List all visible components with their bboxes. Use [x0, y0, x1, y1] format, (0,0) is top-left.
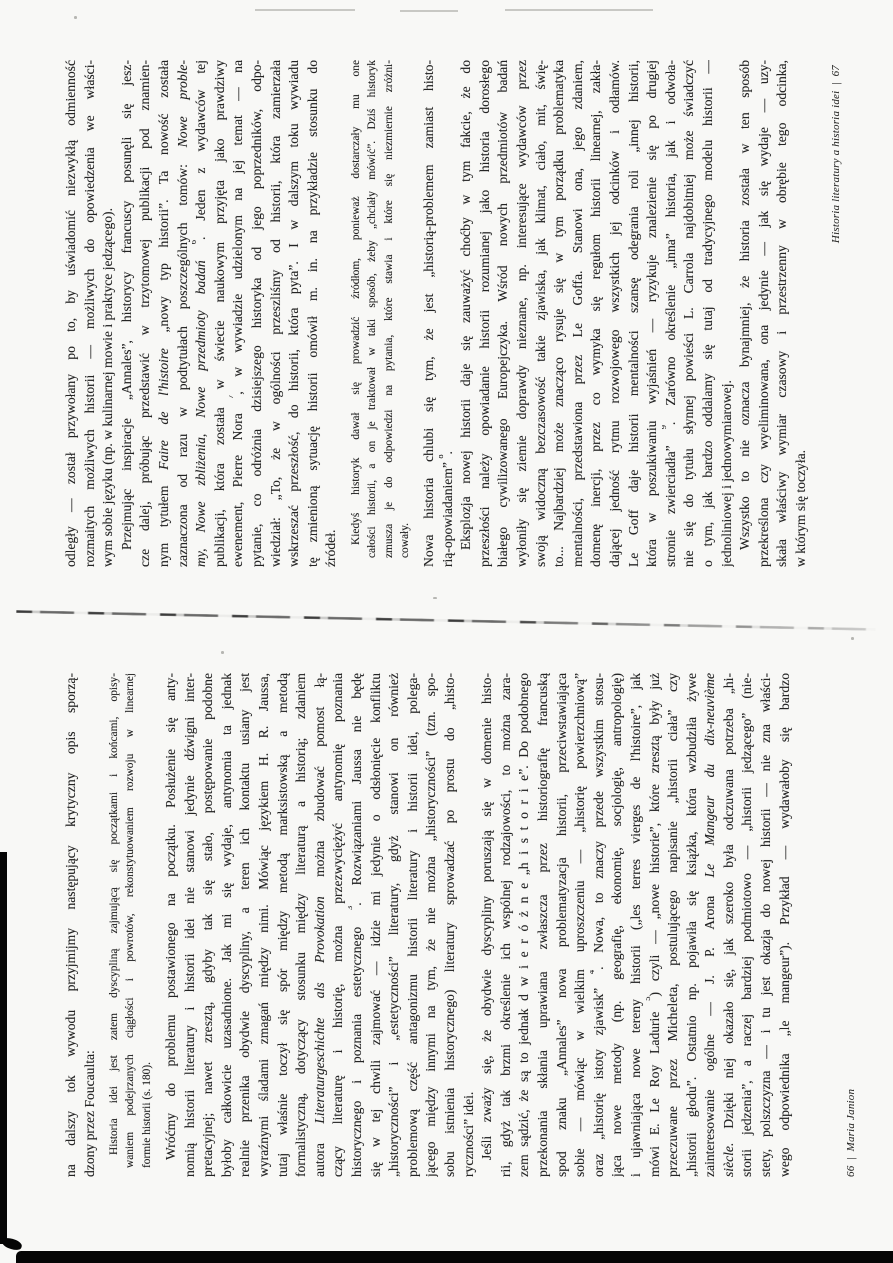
- text-segment: to... Najbardziej może znacząco rysuje s…: [551, 60, 566, 567]
- text-line: realnie przenika obydwie dyscypliny, a t…: [236, 673, 255, 1177]
- text-segment: zainteresowanie ogólne — J. P. Arona: [702, 877, 717, 1177]
- text-line: zaznaczona od razu w podtytułach poszcze…: [174, 60, 193, 567]
- scan-artifact-bottom-bar: [16, 1251, 893, 1263]
- text-segment: Historia literatury a historia idei: [830, 91, 842, 243]
- text-line: się w tej chwili zajmować — idzie mi jed…: [367, 673, 386, 1177]
- text-segment: Historia idei jest zatem dyscypliną zajm…: [108, 673, 120, 1155]
- dust-speck: [74, 16, 77, 19]
- text-line: wym sobie języku (np. w kulinarnej mowie…: [99, 60, 118, 567]
- text-line: mentalności, przedstawiona przez Le Goff…: [569, 60, 588, 567]
- text-segment: Eksplozja nowej historii daje się zauważ…: [458, 60, 473, 550]
- text-segment: wiedział: „To, że w ogólności przeszliśm…: [268, 60, 283, 567]
- text-line: przekonania skłania uprawiana zwłaszcza …: [534, 673, 553, 1177]
- text-segment: . Jeden z wydawców tej: [193, 60, 208, 240]
- text-line: o tym, jak bardzo oddalamy się tutaj od …: [699, 60, 718, 567]
- text-segment: siècle.: [721, 1143, 736, 1177]
- footnote-ref: 5: [646, 997, 652, 1001]
- text-segment: cowały.: [399, 523, 411, 558]
- text-line: oraz „historię istoty zjawisk” 4. Nowa, …: [590, 673, 609, 1177]
- text-segment: wego odpowiednika „le mangeur”). Przykła…: [777, 673, 792, 1177]
- text-segment: tutaj właśnie toczył się spór między met…: [275, 673, 290, 1177]
- text-segment: . Zarówno określenie „inna” historia, ja…: [663, 60, 678, 425]
- text-line: Jeśli zważy się, że obydwie dyscypliny p…: [478, 673, 497, 1177]
- paragraph: Wszystko to nie oznacza bynajmniej, że h…: [736, 60, 810, 567]
- footnote-ref: 6: [192, 240, 198, 244]
- text-line: jednoliniowej i jednowymiarowej.: [718, 60, 737, 567]
- text-segment: problemową część antagonizmu historii li…: [405, 673, 420, 1177]
- text-segment: 67: [830, 65, 842, 76]
- text-segment: dzony przez Foucaulta:: [82, 1050, 97, 1177]
- scan-page-67: odległy — został przywołany po to, by uś…: [0, 0, 893, 632]
- text-line: waniem podejrzanych ciągłości i powrotów…: [122, 673, 138, 1168]
- dust-speck: [433, 597, 437, 599]
- text-line: Kiedyś historyk dawał się prowadzić źród…: [348, 60, 364, 558]
- text-line: zainteresowanie ogólne — J. P. Arona Le …: [701, 673, 720, 1177]
- footnote-ref: 4: [590, 970, 596, 974]
- text-line: byłoby całkowicie uzasadnione. Jak mi si…: [218, 673, 237, 1177]
- text-line: cze dalej, próbując przedstawić w trzyto…: [136, 60, 155, 567]
- text-line: Le Goff daje historii mentalności szansę…: [625, 60, 644, 567]
- text-segment: przeczuwane przez Micheleta, postulujące…: [665, 673, 680, 1177]
- text-line: Nowa historia chlubi się tym, że jest „h…: [420, 60, 439, 567]
- dust-speck: [851, 637, 854, 640]
- text-segment: skała właściwy wymiar czasowy i przestrz…: [774, 60, 789, 567]
- text-line: „historii głodu”. Ostatnio np. pojawiła …: [683, 673, 702, 1177]
- text-line: siècle. Dzięki niej okazało się, jak sze…: [720, 673, 739, 1177]
- text-line: białego cywilizowanego Europejczyka. Wśr…: [494, 60, 513, 567]
- text-line: ryczności” idei.: [460, 673, 479, 1177]
- text-segment: całości historii, a on je traktował w ta…: [366, 60, 378, 558]
- text-segment: „historyczności” i „estetyczności” liter…: [386, 673, 401, 1177]
- text-line: nomią historii literatury i historii ide…: [181, 673, 200, 1177]
- text-segment: Kiedyś historyk dawał się prowadzić źród…: [350, 60, 362, 545]
- block-quote: Kiedyś historyk dawał się prowadzić źród…: [348, 60, 413, 558]
- text-line: pytanie, co odróżnia dzisiejszego histor…: [248, 60, 267, 567]
- page-66-body: na dalszy tok wywodu przyjmijmy następuj…: [62, 673, 794, 1177]
- text-line: formie historii (s. 180).: [139, 673, 155, 1168]
- scan-noise-top-edge: [400, 10, 458, 12]
- text-segment: realnie przenika obydwie dyscypliny, a t…: [237, 673, 252, 1177]
- text-segment: pytanie, co odróżnia dzisiejszego histor…: [249, 60, 264, 567]
- text-line: swoją widoczną bezczasowość takie zjawis…: [532, 60, 551, 567]
- text-segment: „historii głodu”. Ostatnio np. pojawiła …: [684, 673, 699, 1177]
- text-segment: , w wywiadzie udzielonym na jej temat — …: [230, 60, 245, 395]
- text-segment: zaznaczona od razu w podtytułach poszcze…: [175, 147, 190, 567]
- text-segment: sobu istnienia historycznego) literatury…: [442, 673, 457, 1177]
- footnote-ref: 8: [439, 454, 445, 458]
- text-line: pretacyjnej; nawet zresztą, gdyby tak si…: [199, 673, 218, 1177]
- text-line: cowały.: [397, 60, 413, 558]
- text-segment: i ujawniająca nowe tereny historii („les…: [628, 673, 643, 1177]
- text-segment: przekonania skłania uprawiana zwłaszcza …: [535, 673, 550, 1177]
- page-66-footer: 66 | Maria Janion: [845, 673, 857, 1177]
- text-segment: wyraźnymi śladami zmagań między nimi. Mó…: [256, 673, 271, 1177]
- text-segment: . Nowa, to znaczy przede wszystkim stosu…: [591, 673, 606, 970]
- text-line: Wróćmy do problemu postawionego na począ…: [162, 673, 181, 1177]
- text-line: stety, polszczyzna — i tu jest okazja do…: [757, 673, 776, 1177]
- text-segment: odległy — został przywołany po to, by uś…: [63, 60, 78, 567]
- block-quote: Historia idei jest zatem dyscypliną zajm…: [106, 673, 155, 1168]
- text-line: przeszłości należy opowiadanie historii …: [476, 60, 495, 567]
- paragraph: Jeśli zważy się, że obydwie dyscypliny p…: [478, 673, 794, 1177]
- text-segment: autora: [312, 1124, 327, 1177]
- text-segment: 66: [845, 1166, 857, 1177]
- text-segment: Nowa historia chlubi się tym, że jest „h…: [421, 60, 436, 567]
- text-line: w którym się toczyła.: [792, 60, 811, 567]
- text-segment: się w tej chwili zajmować — idzie mi jed…: [368, 673, 383, 1177]
- text-segment: ewenement, Pierre Nora: [230, 399, 245, 567]
- text-segment: sobie — mówiąc w wielkim uproszczeniu — …: [572, 673, 587, 1177]
- text-segment: czący literaturę i historię, można przez…: [330, 673, 345, 1177]
- text-segment: Le Goff daje historii mentalności szansę…: [626, 60, 641, 567]
- text-segment: Wróćmy do problemu postawionego na począ…: [163, 673, 178, 1160]
- text-line: wyraźnymi śladami zmagań między nimi. Mó…: [255, 673, 274, 1177]
- text-segment: cze dalej, próbując przedstawić w trzyto…: [137, 60, 152, 567]
- text-segment: na dalszy tok wywodu przyjmijmy następuj…: [63, 673, 78, 1177]
- footnote-ref: 9: [662, 425, 668, 429]
- text-segment: wym sobie języku (np. w kulinarnej mowie…: [100, 208, 115, 567]
- text-line: zem sądzić, że są to jednak d w i e r ó …: [515, 673, 534, 1177]
- text-line: problemową część antagonizmu historii li…: [404, 673, 423, 1177]
- text-segment: Literaturgeschichte als Provokation: [312, 896, 327, 1123]
- text-line: zmusza je do odpowiedzi na pytania, któr…: [381, 60, 397, 558]
- text-segment: Faire de l'histoire: [156, 348, 171, 470]
- text-segment: ryczności” idei.: [461, 1092, 476, 1177]
- text-segment: Nowe proble-: [175, 60, 190, 147]
- text-segment: Dzięki niej okazało się, jak szeroko był…: [721, 673, 736, 1143]
- paragraph: Nowa historia chlubi się tym, że jest „h…: [420, 60, 457, 567]
- paragraph: Eksplozja nowej historii daje się zauważ…: [457, 60, 736, 567]
- text-segment: . Rozwiązaniami Jaussa nie będę: [349, 673, 364, 906]
- text-line: wskrzeszać przeszłość, do historii, któr…: [285, 60, 304, 567]
- text-segment: |: [830, 76, 842, 90]
- text-segment: |: [845, 1151, 857, 1165]
- text-segment: storii jedzenia”, a raczej bardziej podm…: [739, 673, 754, 1177]
- text-segment: my, Nowe zbliżenia, Nowe przedmioty bada…: [193, 244, 208, 567]
- text-line: formalistyczną, dotyczący stosunku międz…: [292, 673, 311, 1177]
- text-line: sobu istnienia historycznego) literatury…: [441, 673, 460, 1177]
- text-line: całości historii, a on je traktował w ta…: [364, 60, 380, 558]
- text-line: autora Literaturgeschichte als Provokati…: [311, 673, 330, 1177]
- text-line: historycznego i poznania estetycznego 3.…: [348, 673, 367, 1177]
- text-segment: jąca nowe metody (np. geografię, ekonomi…: [609, 673, 624, 1177]
- paragraph: odległy — został przywołany po to, by uś…: [62, 60, 118, 567]
- text-line: domenę inercji, przez co wymyka się regu…: [587, 60, 606, 567]
- text-line: sobie — mówiąc w wielkim uproszczeniu — …: [571, 673, 590, 1177]
- text-segment: ) czyli — „nowe historie”, które zresztą…: [647, 673, 662, 997]
- text-line: jącego między innymi na tym, że nie możn…: [422, 673, 441, 1177]
- text-line: rii, gdyż tak brzmi określenie ich wspól…: [497, 673, 516, 1177]
- text-line: odległy — został przywołany po to, by uś…: [62, 60, 81, 567]
- scanned-document-page: na dalszy tok wywodu przyjmijmy następuj…: [0, 0, 893, 1263]
- text-line: na dalszy tok wywodu przyjmijmy następuj…: [62, 673, 81, 1177]
- text-segment: rozmaitych możliwych historii — możliwyc…: [82, 60, 97, 567]
- text-segment: publikacji, która została w świecie nauk…: [212, 60, 227, 567]
- text-line: tutaj właśnie toczył się spór między met…: [274, 673, 293, 1177]
- text-segment: waniem podejrzanych ciągłości i powrotów…: [124, 673, 136, 1168]
- text-segment: mówi E. Le Roy Ladurie: [647, 1001, 662, 1177]
- text-segment: nomią historii literatury i historii ide…: [182, 673, 197, 1177]
- text-line: tę zmienioną sytuację historii omówił m.…: [304, 60, 323, 567]
- text-segment: formalistyczną, dotyczący stosunku międz…: [293, 673, 308, 1177]
- text-line: wego odpowiednika „le mangeur”). Przykła…: [776, 673, 795, 1177]
- text-line: my, Nowe zbliżenia, Nowe przedmioty bada…: [192, 60, 211, 567]
- text-segment: o tym, jak bardzo oddalamy się tutaj od …: [700, 60, 715, 567]
- text-line: publikacji, która została w świecie nauk…: [211, 60, 230, 567]
- scan-page-66: na dalszy tok wywodu przyjmijmy następuj…: [0, 632, 893, 1263]
- text-segment: byłoby całkowicie uzasadnione. Jak mi si…: [219, 673, 234, 1177]
- text-segment: wyłoniły się ziemie doprawdy nieznane, n…: [514, 60, 529, 567]
- text-line: przeczuwane przez Micheleta, postulujące…: [664, 673, 683, 1177]
- text-segment: jącego między innymi na tym, że nie możn…: [423, 673, 438, 1177]
- text-segment: można zbudować pomost łą-: [312, 673, 327, 896]
- footnote-ref: 7: [229, 395, 235, 399]
- text-segment: domenę inercji, przez co wymyka się regu…: [588, 60, 603, 567]
- page-67-body: odległy — został przywołany po to, by uś…: [62, 60, 811, 567]
- paragraph: Przejmując inspiracje „Annales”, history…: [118, 60, 341, 567]
- book-spread-rotated: na dalszy tok wywodu przyjmijmy następuj…: [0, 0, 893, 1263]
- text-segment: która w poszukiwaniu wyjaśnień — ryzykuj…: [644, 60, 659, 567]
- text-segment: rii, gdyż tak brzmi określenie ich wspól…: [498, 673, 513, 1177]
- text-line: nie się do tytułu słynnej powieści L. Ca…: [680, 60, 699, 567]
- dust-speck: [221, 651, 224, 654]
- text-line: stronie zwierciadła” 9. Zarówno określen…: [662, 60, 681, 567]
- text-line: i ujawniająca nowe tereny historii („les…: [627, 673, 646, 1177]
- text-segment: mentalności, przedstawiona przez Le Goff…: [570, 60, 585, 567]
- text-line: jąca nowe metody (np. geografię, ekonomi…: [608, 673, 627, 1177]
- text-segment: rią-opowiadaniem”: [440, 459, 455, 567]
- text-line: nym tytułem Faire de l'histoire „nowy ty…: [155, 60, 174, 567]
- text-line: Wszystko to nie oznacza bynajmniej, że h…: [736, 60, 755, 567]
- text-segment: Maria Janion: [845, 1089, 857, 1152]
- text-line: dzony przez Foucaulta:: [81, 673, 100, 1177]
- text-segment: dającej jedność rytmu rozwojowego wszyst…: [607, 60, 622, 567]
- text-segment: jednoliniowej i jednowymiarowej.: [719, 380, 734, 567]
- text-segment: zmusza je do odpowiedzi na pytania, któr…: [383, 60, 395, 558]
- text-line: mówi E. Le Roy Ladurie 5) czyli — „nowe …: [646, 673, 665, 1177]
- text-segment: oraz „historię istoty zjawisk”: [591, 974, 606, 1177]
- text-line: storii jedzenia”, a raczej bardziej podm…: [738, 673, 757, 1177]
- text-segment: wskrzeszać przeszłość, do historii, któr…: [286, 60, 301, 567]
- scan-noise-top-edge: [255, 9, 355, 11]
- page-67-footer: Historia literatury a historia idei | 67: [830, 65, 842, 567]
- text-line: ewenement, Pierre Nora 7, w wywiadzie ud…: [229, 60, 248, 567]
- text-line: rią-opowiadaniem” 8.: [439, 60, 458, 567]
- text-line: rozmaitych możliwych historii — możliwyc…: [81, 60, 100, 567]
- text-line: źródeł.: [322, 60, 341, 567]
- text-segment: białego cywilizowanego Europejczyka. Wśr…: [495, 60, 510, 567]
- text-line: Historia idei jest zatem dyscypliną zajm…: [106, 673, 122, 1168]
- text-segment: przekreślona czy wyeliminowana, ona jedy…: [756, 60, 771, 567]
- text-line: przekreślona czy wyeliminowana, ona jedy…: [755, 60, 774, 567]
- paragraph: Wróćmy do problemu postawionego na począ…: [162, 673, 478, 1177]
- text-segment: przeszłości należy opowiadanie historii …: [477, 60, 492, 567]
- text-segment: formie historii (s. 180).: [141, 1062, 153, 1168]
- text-segment: „nowy typ historii”. Ta nowość została: [156, 60, 171, 348]
- text-line: Eksplozja nowej historii daje się zauważ…: [457, 60, 476, 567]
- text-segment: stety, polszczyzna — i tu jest okazja do…: [758, 673, 773, 1177]
- text-line: która w poszukiwaniu wyjaśnień — ryzykuj…: [643, 60, 662, 567]
- scan-noise-top-edge: [505, 9, 653, 11]
- text-segment: zem sądzić, że są to jednak d w i e r ó …: [516, 673, 531, 1177]
- text-segment: historycznego i poznania estetycznego: [349, 910, 364, 1177]
- text-segment: pretacyjnej; nawet zresztą, gdyby tak si…: [200, 673, 215, 1177]
- text-line: czący literaturę i historię, można przez…: [329, 673, 348, 1177]
- text-segment: spod znaku „Annales” nowa problematyzacj…: [554, 673, 569, 1177]
- text-segment: Wszystko to nie oznacza bynajmniej, że h…: [737, 60, 752, 550]
- text-line: dającej jedność rytmu rozwojowego wszyst…: [606, 60, 625, 567]
- text-line: Przejmując inspiracje „Annales”, history…: [118, 60, 137, 567]
- text-segment: nie się do tytułu słynnej powieści L. Ca…: [681, 60, 696, 567]
- footnote-ref: 3: [348, 906, 354, 910]
- scan-artifact-left-bar: [0, 852, 7, 1244]
- text-segment: Le Mangeur du dix-neuvième: [702, 673, 717, 877]
- text-segment: Przejmując inspiracje „Annales”, history…: [119, 60, 134, 550]
- text-line: „historyczności” i „estetyczności” liter…: [385, 673, 404, 1177]
- text-segment: Jeśli zważy się, że obydwie dyscypliny p…: [479, 673, 494, 1160]
- text-segment: źródeł.: [323, 530, 338, 567]
- text-line: to... Najbardziej może znacząco rysuje s…: [550, 60, 569, 567]
- text-line: skała właściwy wymiar czasowy i przestrz…: [773, 60, 792, 567]
- paragraph: na dalszy tok wywodu przyjmijmy następuj…: [62, 673, 99, 1177]
- text-line: spod znaku „Annales” nowa problematyzacj…: [553, 673, 572, 1177]
- text-line: wyłoniły się ziemie doprawdy nieznane, n…: [513, 60, 532, 567]
- text-segment: nym tytułem: [156, 470, 171, 567]
- text-segment: stronie zwierciadła”: [663, 429, 678, 567]
- text-segment: w którym się toczyła.: [793, 450, 808, 567]
- text-line: wiedział: „To, że w ogólności przeszliśm…: [267, 60, 286, 567]
- text-segment: swoją widoczną bezczasowość takie zjawis…: [533, 60, 548, 567]
- text-segment: tę zmienioną sytuację historii omówił m.…: [305, 60, 320, 567]
